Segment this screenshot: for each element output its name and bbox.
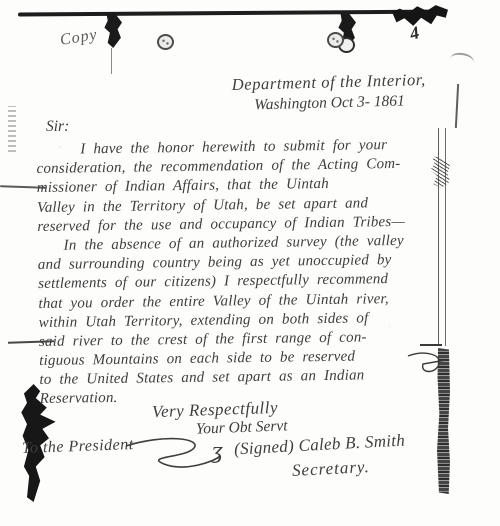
left-margin-smudge <box>8 106 16 152</box>
punch-hole-right-icon <box>327 32 344 48</box>
punch-hole-left-icon <box>157 34 174 50</box>
salutation: Sir: <box>46 118 69 136</box>
letterhead: Department of the Interior, Washington O… <box>232 69 459 115</box>
letter-body: I have the honor herewith to submit for … <box>36 135 470 410</box>
left-fastener-mark <box>100 14 122 48</box>
signed-brace-mark: ʒ <box>212 438 223 465</box>
right-margin-curl-mark <box>449 51 475 70</box>
scanned-letter-page: Copy 4 Department of the Interior, Washi… <box>0 0 500 526</box>
date-line: Washington Oct 3- 1861 <box>232 91 458 115</box>
margin-hook-flourish <box>406 348 448 380</box>
signer-title: Secretary. <box>292 457 371 481</box>
left-fastener-tail <box>111 48 112 74</box>
page-number: 4 <box>408 22 422 45</box>
signature-flourish <box>124 432 224 474</box>
addressee-line: To the President <box>22 436 134 458</box>
copy-annotation: Copy <box>59 26 99 50</box>
top-right-ink-blot <box>392 4 448 27</box>
top-edge-binding-line <box>18 10 442 17</box>
